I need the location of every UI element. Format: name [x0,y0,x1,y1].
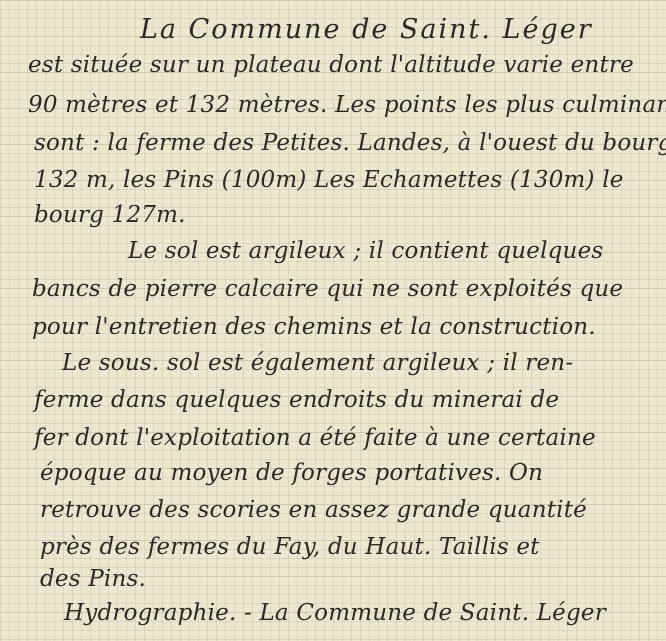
text-line: près des fermes du Fay, du Haut. Taillis… [40,534,540,560]
text-line: bourg 127m. [34,202,186,228]
text-line: pour l'entretien des chemins et la const… [32,314,596,340]
heading-line: La Commune de Saint. Léger [140,14,593,45]
text-line: est située sur un plateau dont l'altitud… [28,52,634,78]
text-line: retrouve des scories en assez grande qua… [40,497,587,523]
text-line: ferme dans quelques endroits du minerai … [34,387,559,413]
text-line: 90 mètres et 132 mètres. Les points les … [28,92,666,118]
handwritten-page: La Commune de Saint. Léger est située su… [0,0,666,641]
text-line: Le sol est argileux ; il contient quelqu… [128,238,603,264]
text-line: 132 m, les Pins (100m) Les Echamettes (1… [34,167,624,193]
text-line: sont : la ferme des Petites. Landes, à l… [34,130,666,156]
text-line: bancs de pierre calcaire qui ne sont exp… [32,276,623,302]
section-heading-line: Hydrographie. - La Commune de Saint. Lég… [64,600,606,626]
text-line: Le sous. sol est également argileux ; il… [62,350,573,376]
text-line: des Pins. [40,566,146,592]
text-line: époque au moyen de forges portatives. On [40,460,543,486]
text-line: fer dont l'exploitation a été faite à un… [34,425,596,451]
